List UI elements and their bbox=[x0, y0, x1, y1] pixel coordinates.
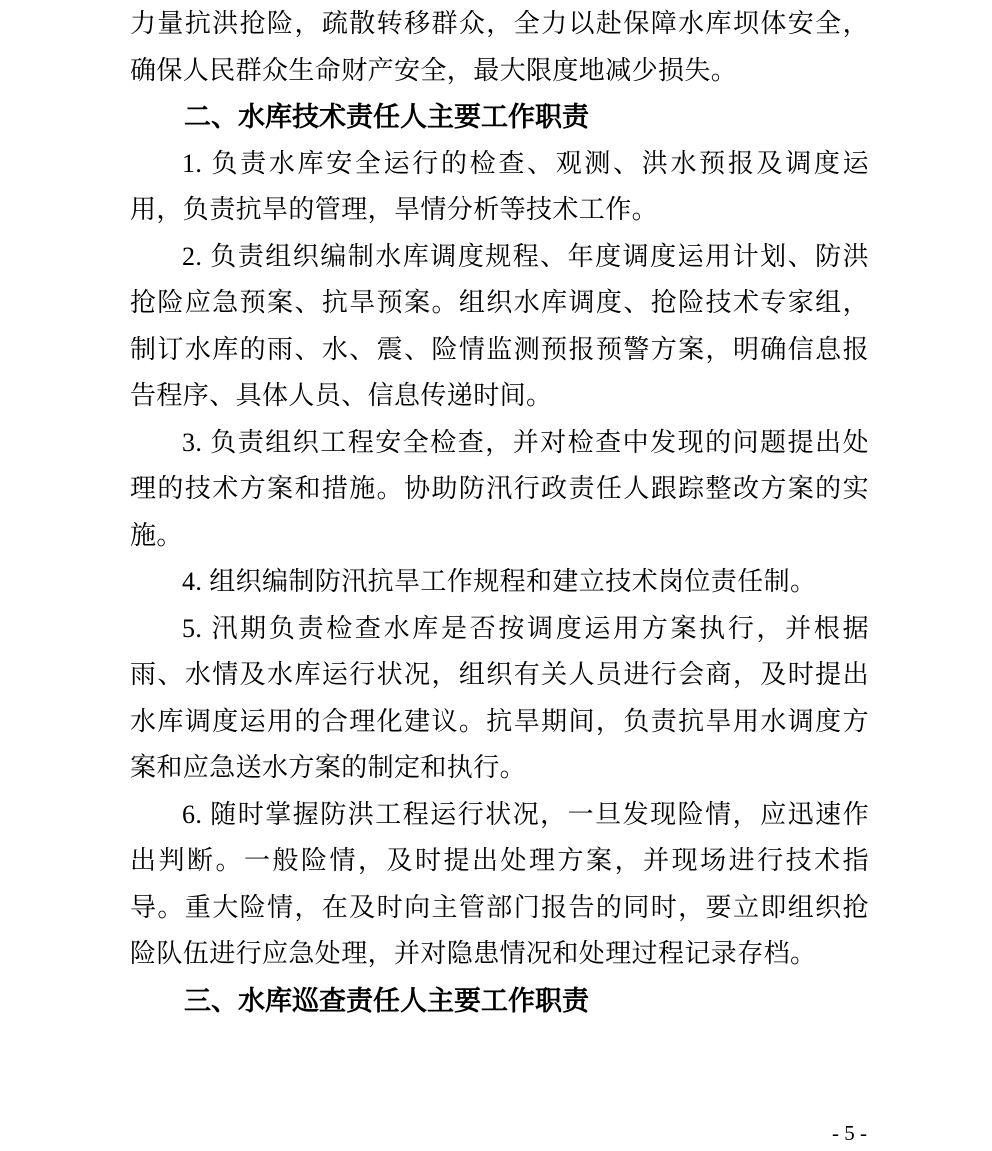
paragraph: 4. 组织编制防汛抗旱工作规程和建立技术岗位责任制。 bbox=[130, 559, 869, 606]
paragraph: 6. 随时掌握防洪工程运行状况，一旦发现险情，应迅速作出判断。一般险情，及时提出… bbox=[130, 792, 869, 978]
document-content: 力量抗洪抢险，疏散转移群众，全力以赴保障水库坝体安全，确保人民群众生命财产安全，… bbox=[130, 1, 869, 1024]
paragraph: 5. 汛期负责检查水库是否按调度运用方案执行，并根据雨、水情及水库运行状况，组织… bbox=[130, 606, 869, 792]
paragraph: 3. 负责组织工程安全检查，并对检查中发现的问题提出处理的技术方案和措施。协助防… bbox=[130, 420, 869, 560]
document-page: 力量抗洪抢险，疏散转移群众，全力以赴保障水库坝体安全，确保人民群众生命财产安全，… bbox=[0, 0, 992, 1151]
paragraph: 1. 负责水库安全运行的检查、观测、洪水预报及调度运用，负责抗旱的管理，旱情分析… bbox=[130, 141, 869, 234]
paragraph: 力量抗洪抢险，疏散转移群众，全力以赴保障水库坝体安全，确保人民群众生命财产安全，… bbox=[130, 1, 869, 94]
section-heading: 二、水库技术责任人主要工作职责 bbox=[130, 94, 869, 141]
section-heading: 三、水库巡查责任人主要工作职责 bbox=[130, 978, 869, 1025]
page-number: - 5 - bbox=[832, 1118, 867, 1148]
paragraph: 2. 负责组织编制水库调度规程、年度调度运用计划、防洪抢险应急预案、抗旱预案。组… bbox=[130, 234, 869, 420]
